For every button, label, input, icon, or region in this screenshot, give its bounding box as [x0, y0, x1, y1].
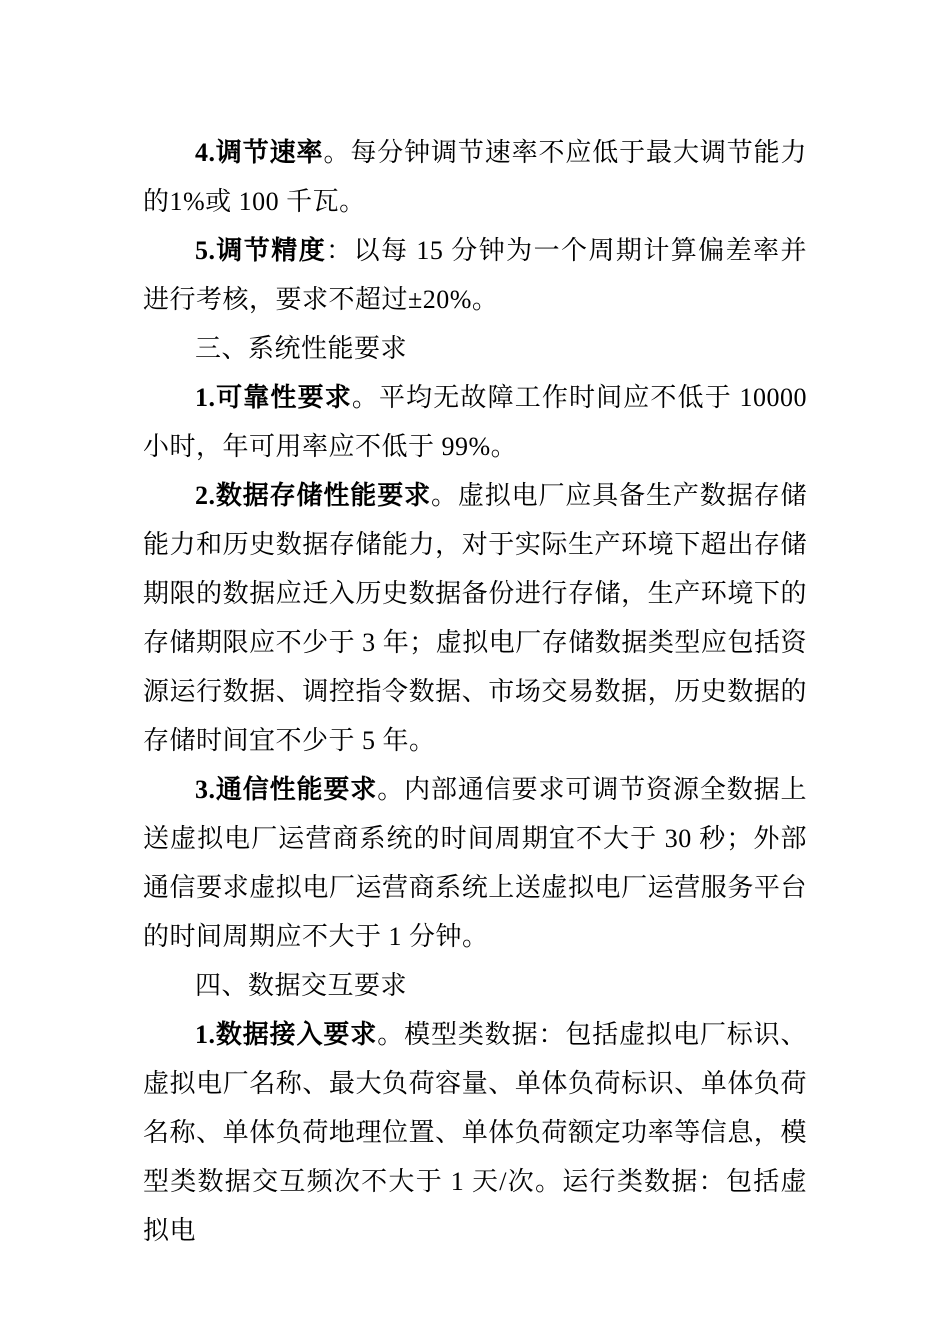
clause-text: 。模型类数据：包括虚拟电厂标识、虚拟电厂名称、最大负荷容量、单体负荷标识、单体负… [143, 1020, 807, 1245]
clause-paragraph-5-adjust-precision: 5.调节精度：以每 15 分钟为一个周期计算偏差率并进行考核，要求不超过±20%… [143, 226, 807, 324]
clause-lead: 1.可靠性要求 [195, 383, 352, 412]
clause-text: 。虚拟电厂应具备生产数据存储能力和历史数据存储能力，对于实际生产环境下超出存储期… [143, 481, 807, 755]
clause-paragraph-1-reliability: 1.可靠性要求。平均无故障工作时间应不低于 10000 小时，年可用率应不低于 … [143, 373, 807, 471]
document-content: 4.调节速率。每分钟调节速率不应低于最大调节能力的1%或 100 千瓦。 5.调… [143, 128, 807, 1255]
clause-paragraph-2-data-storage: 2.数据存储性能要求。虚拟电厂应具备生产数据存储能力和历史数据存储能力，对于实际… [143, 471, 807, 765]
clause-paragraph-1-data-access: 1.数据接入要求。模型类数据：包括虚拟电厂标识、虚拟电厂名称、最大负荷容量、单体… [143, 1010, 807, 1255]
clause-paragraph-3-communication: 3.通信性能要求。内部通信要求可调节资源全数据上送虚拟电厂运营商系统的时间周期宜… [143, 765, 807, 961]
clause-lead: 5.调节精度 [195, 236, 326, 265]
clause-lead: 1.数据接入要求 [195, 1020, 377, 1049]
clause-lead: 2.数据存储性能要求 [195, 481, 431, 510]
clause-lead: 3.通信性能要求 [195, 775, 377, 804]
clause-paragraph-4-adjust-rate: 4.调节速率。每分钟调节速率不应低于最大调节能力的1%或 100 千瓦。 [143, 128, 807, 226]
section-heading-4-data-interaction: 四、数据交互要求 [143, 961, 807, 1010]
document-page: 4.调节速率。每分钟调节速率不应低于最大调节能力的1%或 100 千瓦。 5.调… [0, 0, 950, 1344]
section-heading-text: 三、系统性能要求 [195, 334, 407, 363]
clause-lead: 4.调节速率 [195, 138, 323, 167]
section-heading-3-system-performance: 三、系统性能要求 [143, 324, 807, 373]
section-heading-text: 四、数据交互要求 [195, 971, 407, 1000]
